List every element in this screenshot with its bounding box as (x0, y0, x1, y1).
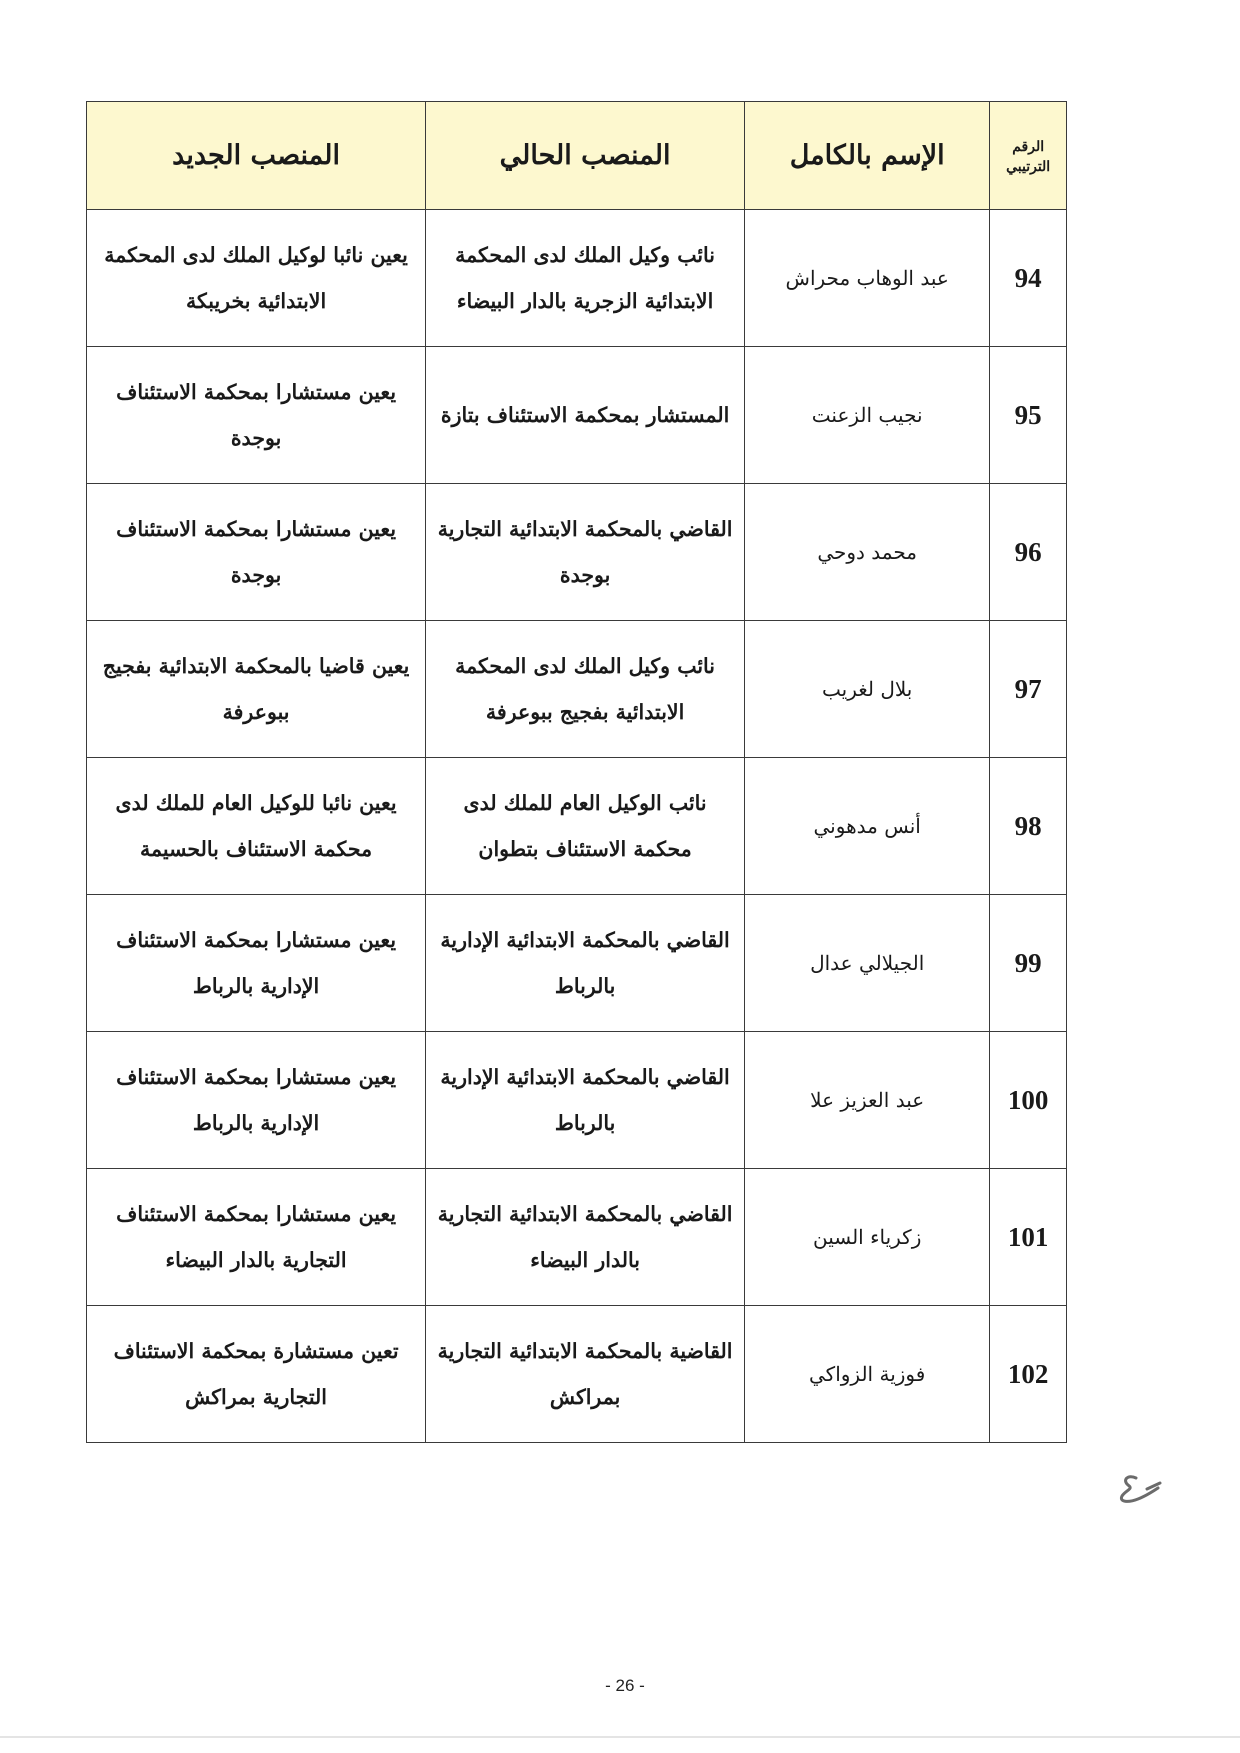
row-full-name: الجيلالي عدال (745, 895, 990, 1032)
row-number: 102 (990, 1306, 1067, 1443)
row-current-position: القاضي بالمحكمة الابتدائية الإدارية بالر… (426, 895, 745, 1032)
row-current-position: نائب وكيل الملك لدى المحكمة الابتدائية ب… (426, 621, 745, 758)
row-current-position: القاضية بالمحكمة الابتدائية التجارية بمر… (426, 1306, 745, 1443)
appointments-table: الرقم الترتيبي الإسم بالكامل المنصب الحا… (86, 101, 1067, 1443)
row-full-name: عبد الوهاب محراش (745, 210, 990, 347)
row-full-name: زكرياء السين (745, 1169, 990, 1306)
row-full-name: بلال لغريب (745, 621, 990, 758)
row-full-name: محمد دوحي (745, 484, 990, 621)
page-number: - 26 - (570, 1676, 680, 1696)
table-row: 101 زكرياء السين القاضي بالمحكمة الابتدا… (87, 1169, 1067, 1306)
row-number: 100 (990, 1032, 1067, 1169)
row-current-position: نائب وكيل الملك لدى المحكمة الابتدائية ا… (426, 210, 745, 347)
table-row: 97 بلال لغريب نائب وكيل الملك لدى المحكم… (87, 621, 1067, 758)
scan-edge-divider (0, 1736, 1240, 1738)
row-number: 95 (990, 347, 1067, 484)
row-number: 98 (990, 758, 1067, 895)
row-number: 99 (990, 895, 1067, 1032)
row-new-position: يعين مستشارا بمحكمة الاستئناف التجارية ب… (87, 1169, 426, 1306)
header-full-name: الإسم بالكامل (745, 102, 990, 210)
row-new-position: يعين نائبا للوكيل العام للملك لدى محكمة … (87, 758, 426, 895)
row-current-position: نائب الوكيل العام للملك لدى محكمة الاستئ… (426, 758, 745, 895)
row-new-position: يعين مستشارا بمحكمة الاستئناف الإدارية ب… (87, 895, 426, 1032)
handwritten-initials-icon (1114, 1468, 1168, 1512)
row-new-position: يعين مستشارا بمحكمة الاستئناف بوجدة (87, 484, 426, 621)
table-row: 95 نجيب الزعنت المستشار بمحكمة الاستئناف… (87, 347, 1067, 484)
row-current-position: القاضي بالمحكمة الابتدائية التجارية بالد… (426, 1169, 745, 1306)
row-number: 97 (990, 621, 1067, 758)
table-header-row: الرقم الترتيبي الإسم بالكامل المنصب الحا… (87, 102, 1067, 210)
table-row: 96 محمد دوحي القاضي بالمحكمة الابتدائية … (87, 484, 1067, 621)
row-full-name: نجيب الزعنت (745, 347, 990, 484)
row-number: 96 (990, 484, 1067, 621)
header-new-position: المنصب الجديد (87, 102, 426, 210)
row-current-position: القاضي بالمحكمة الابتدائية الإدارية بالر… (426, 1032, 745, 1169)
row-new-position: يعين مستشارا بمحكمة الاستئناف الإدارية ب… (87, 1032, 426, 1169)
row-number: 101 (990, 1169, 1067, 1306)
row-number: 94 (990, 210, 1067, 347)
row-current-position: المستشار بمحكمة الاستئناف بتازة (426, 347, 745, 484)
table-row: 98 أنس مدهوني نائب الوكيل العام للملك لد… (87, 758, 1067, 895)
row-full-name: أنس مدهوني (745, 758, 990, 895)
table-row: 102 فوزية الزواكي القاضية بالمحكمة الابت… (87, 1306, 1067, 1443)
table-row: 94 عبد الوهاب محراش نائب وكيل الملك لدى … (87, 210, 1067, 347)
row-new-position: تعين مستشارة بمحكمة الاستئناف التجارية ب… (87, 1306, 426, 1443)
row-full-name: عبد العزيز علا (745, 1032, 990, 1169)
header-current-position: المنصب الحالي (426, 102, 745, 210)
header-number: الرقم الترتيبي (990, 102, 1067, 210)
document-page: الرقم الترتيبي الإسم بالكامل المنصب الحا… (0, 0, 1240, 1753)
row-new-position: يعين قاضيا بالمحكمة الابتدائية بفجيج ببو… (87, 621, 426, 758)
row-full-name: فوزية الزواكي (745, 1306, 990, 1443)
row-current-position: القاضي بالمحكمة الابتدائية التجارية بوجد… (426, 484, 745, 621)
row-new-position: يعين نائبا لوكيل الملك لدى المحكمة الابت… (87, 210, 426, 347)
table-row: 99 الجيلالي عدال القاضي بالمحكمة الابتدا… (87, 895, 1067, 1032)
table-row: 100 عبد العزيز علا القاضي بالمحكمة الابت… (87, 1032, 1067, 1169)
row-new-position: يعين مستشارا بمحكمة الاستئناف بوجدة (87, 347, 426, 484)
